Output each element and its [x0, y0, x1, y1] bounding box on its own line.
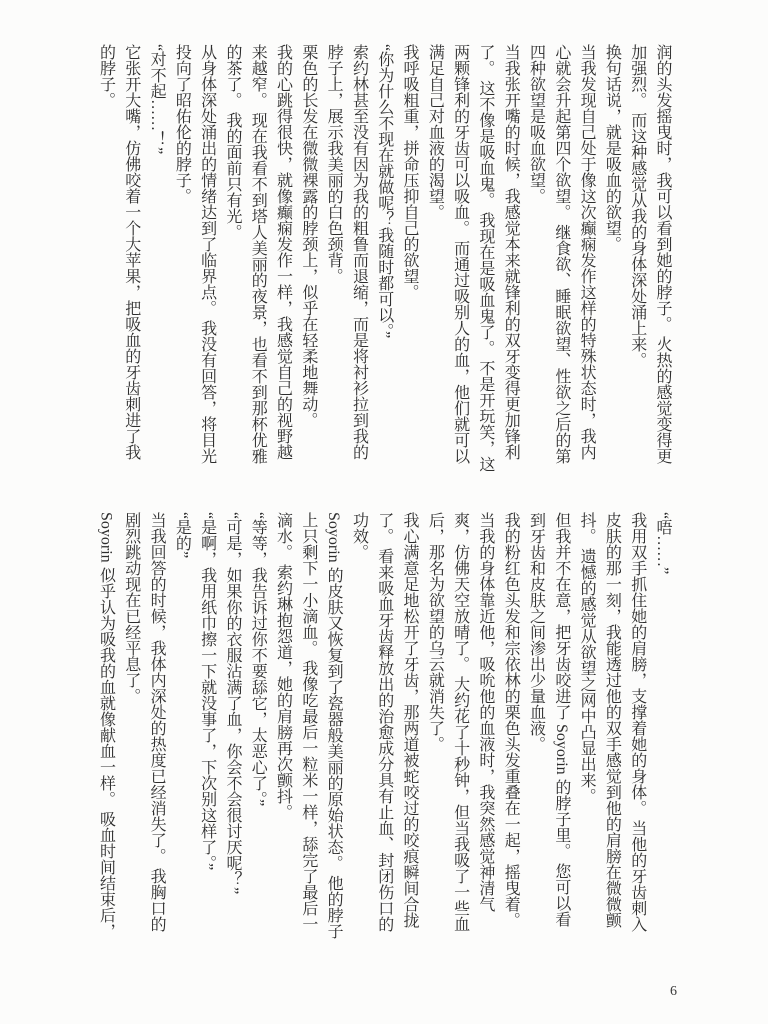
text-block-top: 润的头发摇曳时，我可以看到她的脖子。 火热的感觉变得更加强烈。 而这种感觉从我的…: [93, 44, 675, 474]
paragraph: “你为什么不现在就做呢？我随时都可以。”: [371, 44, 396, 474]
paragraph: 栗色的长发在微微裸露的脖颈上，似乎在轻柔地舞动。: [296, 44, 321, 474]
text-block-bottom: “唔……” 我用双手抓住她的肩膀，支撑着她的身体。 当他的牙齿刺入皮肤的那一刻，…: [93, 512, 675, 942]
paragraph: 我的心跳得很快，就像癫痫发作一样，我感觉自己的视野越来越窄。 现在我看不到塔人美…: [220, 44, 296, 474]
paragraph: 从身体深处涌出的情绪达到了临界点。 我没有回答，将目光投向了昭佑伦的脖子。: [169, 44, 220, 474]
paragraph: 索约林甚至没有因为我的粗鲁而退缩，而是将衬衫拉到我的脖子上，展示我美丽的白色颈背…: [321, 44, 372, 474]
page-number: 6: [670, 984, 677, 1000]
paragraph: 但我并不在意，把牙齿咬进了 Soyorin 的脖子里。 您可以看到牙齿和皮肤之间…: [523, 512, 574, 942]
paragraph: 当我张开嘴的时候，我感觉本来就锋利的双牙变得更加锋利了。 这不像是吸血鬼。 我现…: [422, 44, 523, 474]
paragraph: 当我发现自己处于像这次癫痫发作这样的特殊状态时，我内心就会升起第四个欲望。 继食…: [523, 44, 599, 474]
paragraph: 当我回答的时候，我体内深处的热度已经消失了。 我胸口的剧烈跳动现在已经平息了。: [118, 512, 169, 942]
paragraph: Soyorin 似乎认为吸我的血就像献血一样。 吸血时间结束后，: [93, 512, 118, 942]
paragraph: “是啊，我用纸巾擦一下就没事了，下次别这样了。”: [194, 512, 219, 942]
paragraph: 我的粉红色头发和宗依林的栗色头发重叠在一起，摇曳着。: [498, 512, 523, 942]
paragraph: 润的头发摇曳时，我可以看到她的脖子。 火热的感觉变得更加强烈。 而这种感觉从我的…: [624, 44, 675, 474]
paragraph: “对不起……！”: [144, 44, 169, 474]
paragraph: 它张开大嘴，仿佛咬着一个大苹果，把吸血的牙齿刺进了我的脖子。: [93, 44, 144, 474]
paragraph: “唔……”: [650, 512, 675, 942]
paragraph: “可是，如果你的衣服沾满了血，你会不会很讨厌呢？”: [220, 512, 245, 942]
paragraph: 换句话说，就是吸血的欲望。: [599, 44, 624, 474]
book-page: 润的头发摇曳时，我可以看到她的脖子。 火热的感觉变得更加强烈。 而这种感觉从我的…: [0, 0, 768, 1024]
paragraph: 我用双手抓住她的肩膀，支撑着她的身体。 当他的牙齿刺入皮肤的那一刻，我能透过他的…: [574, 512, 650, 942]
paragraph: 当我的身体靠近他，吸吮他的血液时，我突然感觉神清气爽，仿佛天空放晴了。 大约花了…: [422, 512, 498, 942]
paragraph: “等等，我告诉过你不要舔它，太恶心了。”: [245, 512, 270, 942]
paragraph: 我心满意足地松开了牙齿，那两道被蛇咬过的咬痕瞬间合拢了。 看来吸血牙齿释放出的治…: [346, 512, 422, 942]
paragraph: 我呼吸粗重，拼命压抑自己的欲望。: [397, 44, 422, 474]
paragraph: Soyorin 的皮肤又恢复到了瓷器般美丽的原始状态。 他的脖子上只剩下一小滴血…: [270, 512, 346, 942]
paragraph: “是的”: [169, 512, 194, 942]
